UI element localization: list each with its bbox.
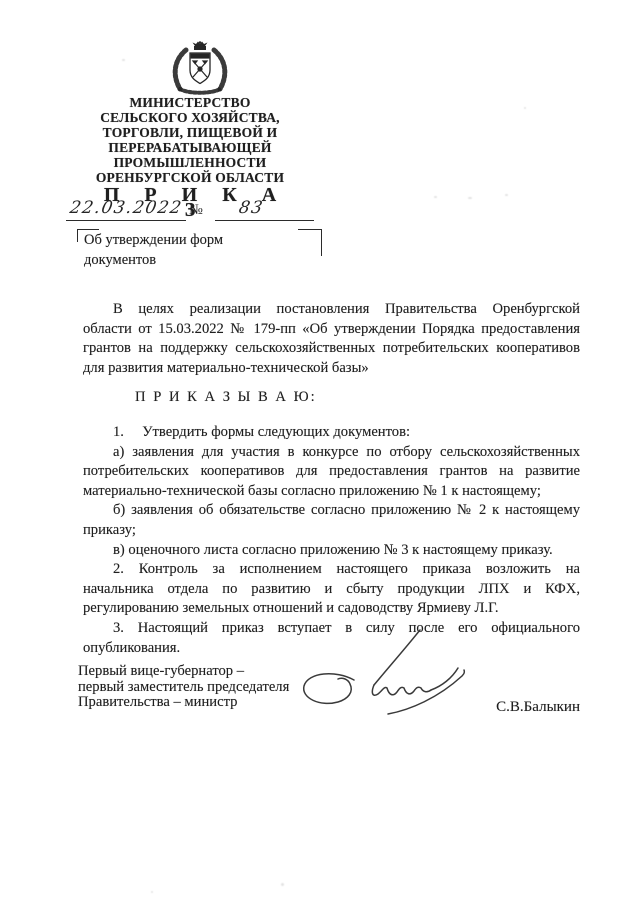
order-item-line: регулированию земельных отношений и садо… [83,599,580,619]
order-item-line: потребительских кооперативов для предост… [83,462,580,482]
number-underline: 83 [215,198,314,221]
coat-of-arms-icon [166,41,234,97]
scan-speck [281,883,284,886]
date-number-row: 22.03.2022 № 83 [66,198,314,221]
signer-name: С.В.Балыкин [496,699,580,716]
ministry-line: ПРОМЫШЛЕННОСТИ [84,155,296,170]
subject-line: документов [84,251,324,271]
document-page: МИНИСТЕРСТВО СЕЛЬСКОГО ХОЗЯЙСТВА, ТОРГОВ… [0,0,639,905]
ministry-line: ПЕРЕРАБАТЫВАЮЩЕЙ [84,140,296,155]
preamble-line: для развития материально-технической баз… [83,359,580,379]
order-item-line: начальника отдела по развитию и сбыту пр… [83,580,580,600]
order-item-line: материально-технической базы согласно пр… [83,482,580,502]
scan-speck [524,107,526,109]
subject-line: Об утверждении форм [84,231,324,251]
order-word: П Р И К А З Ы В А Ю: [135,388,580,408]
order-item-line: в) оценочного листа согласно приложению … [83,541,580,561]
preamble-line: области от 15.03.2022 № 179-пп «Об утвер… [83,320,580,340]
ministry-line: МИНИСТЕРСТВО [84,95,296,110]
ministry-line: ТОРГОВЛИ, ПИЩЕВОЙ И [84,125,296,140]
order-item-line: 1. Утвердить формы следующих документов: [83,423,580,443]
date-underline: 22.03.2022 [66,198,186,221]
scan-speck [468,197,472,199]
ministry-line: ОРЕНБУРГСКОЙ ОБЛАСТИ [84,170,296,185]
handwritten-signature [292,628,470,723]
body-text: В целях реализации постановления Правите… [83,300,580,658]
order-item-line: 2. Контроль за исполнением настоящего пр… [83,560,580,580]
number-sign-label: № [189,202,203,221]
handwritten-date: 22.03.2022 [68,198,184,218]
subject-block: Об утверждении форм документов [84,231,324,270]
order-item-line: б) заявления об обязательстве согласно п… [83,501,580,521]
order-item-line: приказу; [83,521,580,541]
scan-speck [122,59,125,61]
scan-speck [434,196,437,198]
preamble-line: грантов на поддержку сельскохозяйственны… [83,339,580,359]
scan-speck [151,891,153,893]
order-item-line: а) заявления для участия в конкурсе по о… [83,443,580,463]
preamble-line: В целях реализации постановления Правите… [83,300,580,320]
scan-speck [505,194,508,196]
handwritten-number: 83 [237,198,265,218]
ministry-line: СЕЛЬСКОГО ХОЗЯЙСТВА, [84,110,296,125]
